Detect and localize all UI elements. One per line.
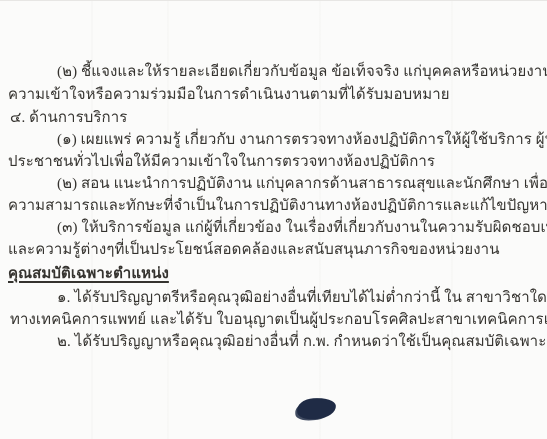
duty-prev-item-line-2: ความเข้าใจหรือความร่วมมือในการดำเนินงานต… xyxy=(8,85,450,105)
service-item-2-line-2: ความสามารถและทักษะที่จำเป็นในการปฏิบัติง… xyxy=(8,196,547,216)
qualification-1-line-1: ๑. ได้รับปริญญาตรีหรือคุณวุฒิอย่างอื่นที… xyxy=(57,288,547,308)
service-item-1-line-1: (๑) เผยแพร่ ความรู้ เกี่ยวกับ งานการตรวจ… xyxy=(57,130,547,150)
service-item-3-line-1: (๓) ให้บริการข้อมูล แก่ผู้ที่เกี่ยวข้อง … xyxy=(57,218,547,238)
scanned-document-page: (๒) ชี้แจงและให้รายละเอียดเกี่ยวกับข้อมู… xyxy=(0,0,547,439)
service-item-2-line-1: (๒) สอน แนะนำการปฏิบัติงาน แก่บุคลากรด้า… xyxy=(57,174,547,194)
qualifications-heading: คุณสมบัติเฉพาะตำแหน่ง xyxy=(8,264,169,284)
qualification-1-line-2: ทางเทคนิคการแพทย์ และได้รับ ใบอนุญาตเป็น… xyxy=(10,310,547,330)
service-item-3-line-2: และความรู้ต่างๆที่เป็นประโยชน์สอดคล้องแล… xyxy=(8,240,500,260)
qualification-2-line-1: ๒. ได้รับปริญญาหรือคุณวุฒิอย่างอื่นที่ ก… xyxy=(57,332,547,352)
section-4-title: ๔. ด้านการบริการ xyxy=(10,108,127,128)
service-item-1-line-2: ประชาชนทั่วไปเพื่อให้มีความเข้าใจในการตร… xyxy=(8,152,435,172)
ink-stamp-mark xyxy=(296,397,336,421)
duty-prev-item-line-1: (๒) ชี้แจงและให้รายละเอียดเกี่ยวกับข้อมู… xyxy=(57,62,547,82)
